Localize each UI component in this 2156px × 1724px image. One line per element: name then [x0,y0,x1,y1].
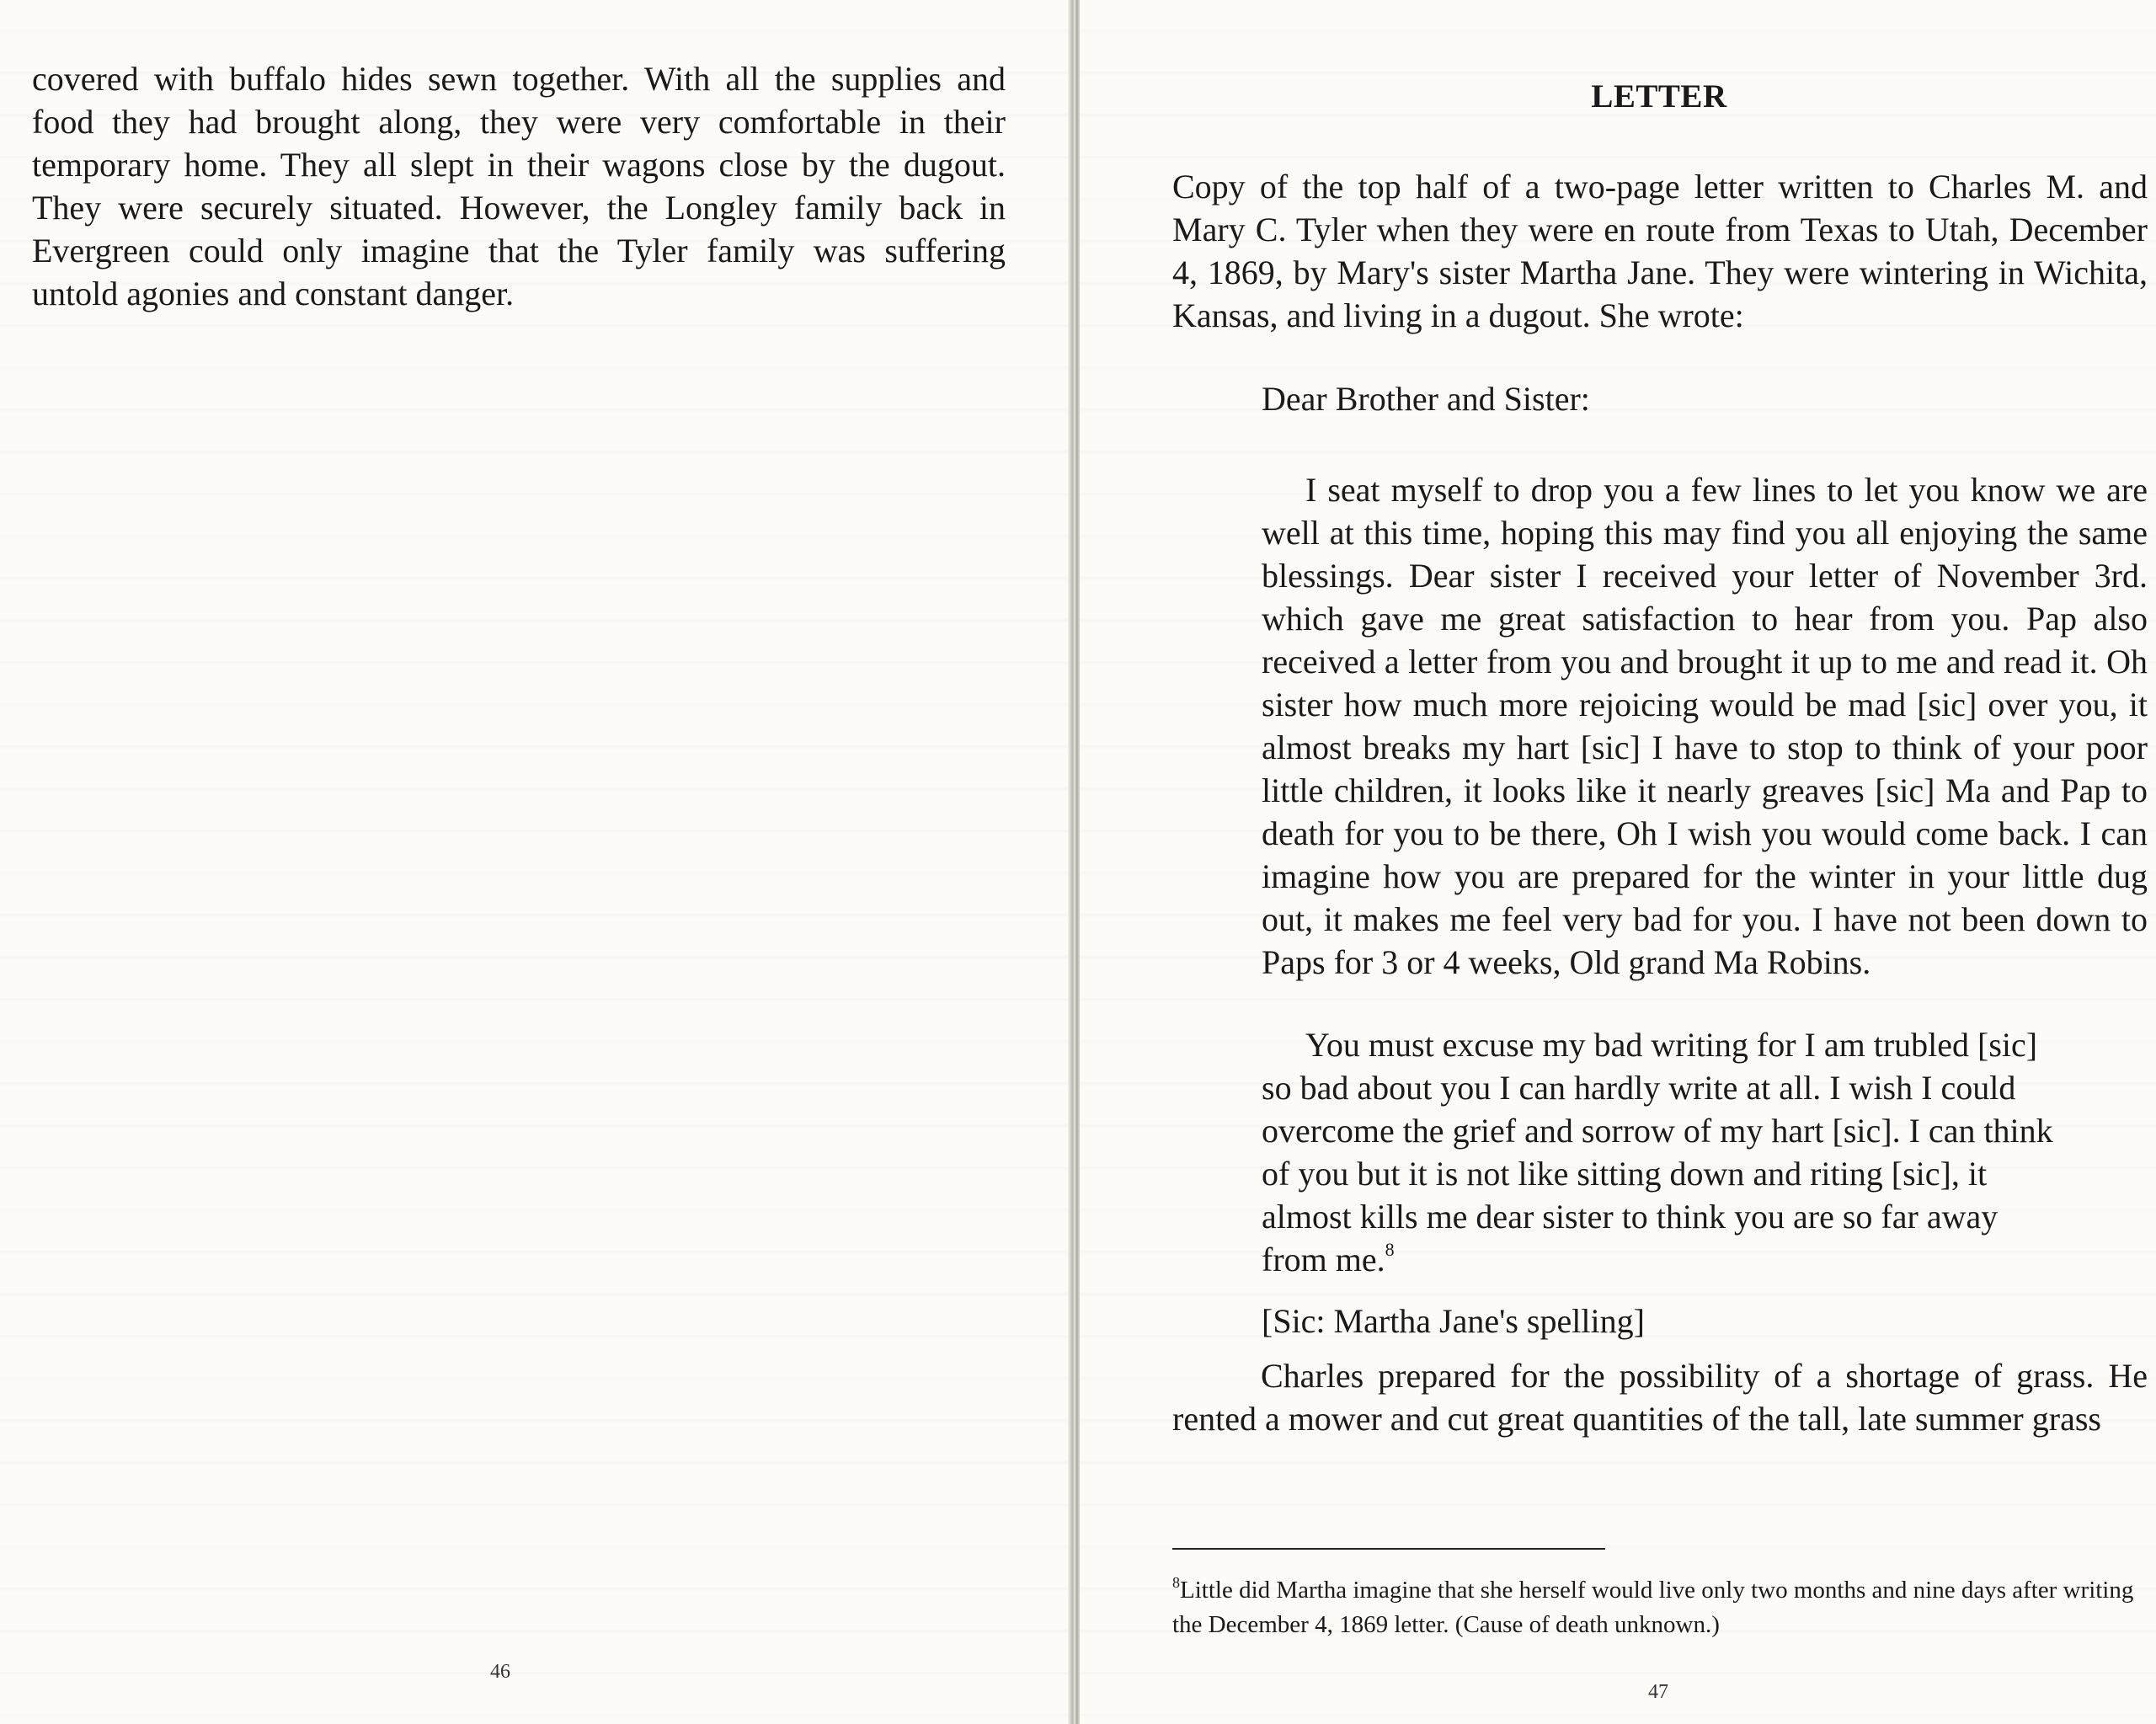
left-page-paragraph: covered with buffalo hides sewn together… [32,57,1006,315]
footnote-divider [1172,1548,1605,1550]
footnote-text: Little did Martha imagine that she herse… [1172,1577,2133,1638]
footnote-number: 8 [1172,1574,1180,1591]
letter-paragraph-2-content: You must excuse my bad writing for I am … [1262,1026,2053,1278]
letter-paragraph-1-text: I seat myself to drop you a few lines to… [1262,468,2148,984]
page-number-left: 46 [490,1661,510,1684]
book-spread: covered with buffalo hides sewn together… [0,0,2156,1724]
letter-paragraph-1: I seat myself to drop you a few lines to… [1262,468,2148,984]
letter-paragraph-2: You must excuse my bad writing for I am … [1262,1023,2070,1281]
footnote-reference: 8 [1385,1239,1395,1260]
left-page: covered with buffalo hides sewn together… [0,0,1071,1724]
section-heading: LETTER [1162,77,2156,115]
letter-salutation: Dear Brother and Sister: [1262,379,1590,419]
footnote: 8Little did Martha imagine that she hers… [1172,1573,2149,1642]
letter-paragraph-2-text: You must excuse my bad writing for I am … [1262,1023,2070,1281]
left-page-body: covered with buffalo hides sewn together… [32,57,1006,315]
letter-intro: Copy of the top half of a two-page lette… [1172,165,2148,337]
intro-paragraph: Copy of the top half of a two-page lette… [1172,165,2148,337]
page-number-right: 47 [1648,1681,1668,1704]
sic-note: [Sic: Martha Jane's spelling] [1262,1301,1645,1341]
charles-paragraph-text: Charles prepared for the possibility of … [1172,1354,2148,1440]
charles-paragraph: Charles prepared for the possibility of … [1172,1354,2148,1440]
